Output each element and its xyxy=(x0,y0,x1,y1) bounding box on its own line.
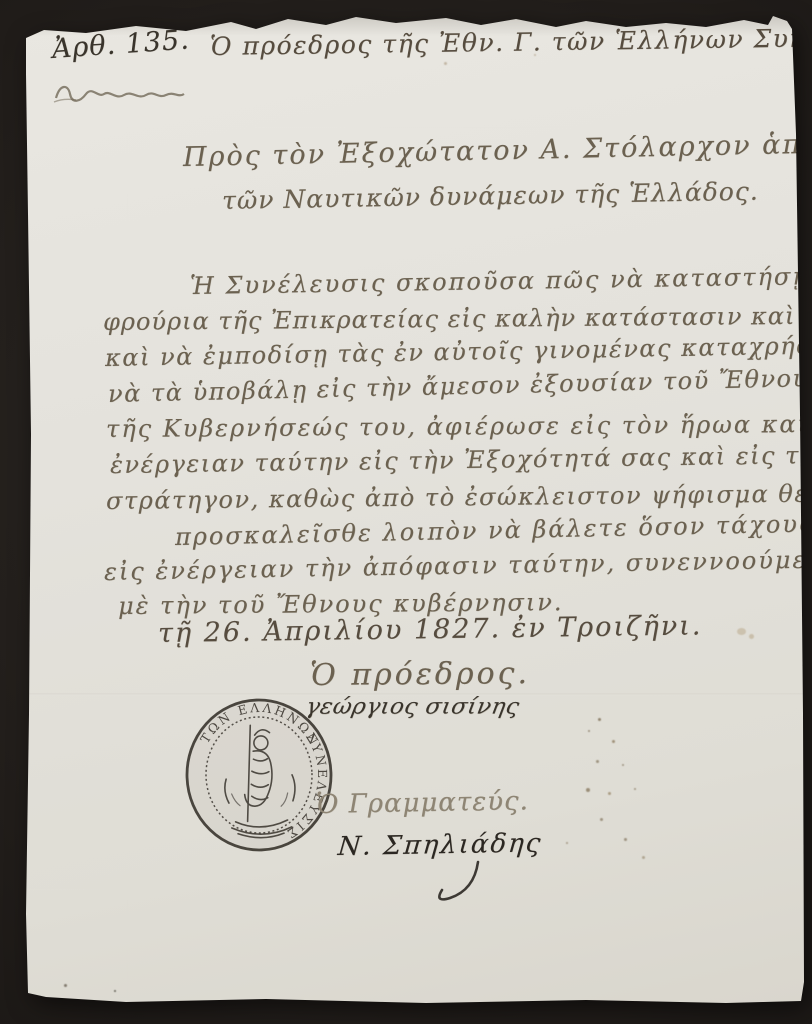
fox-stain xyxy=(624,838,627,841)
fox-stain xyxy=(598,718,601,721)
fox-stain xyxy=(612,740,615,743)
body-line-5: τῆς Κυβερνήσεώς του, ἀφιέρωσε εἰς τὸν ἥρ… xyxy=(106,410,812,443)
body-line-1: Ἡ Συνέλευσις σκοποῦσα πῶς νὰ καταστήσῃ τ… xyxy=(190,262,812,300)
fox-stain xyxy=(566,842,568,844)
president-title: Ὁ πρόεδρος. xyxy=(310,656,530,693)
body-line-7: στράτηγον, καθὼς ἀπὸ τὸ ἐσώκλειστον ψήφι… xyxy=(106,479,812,515)
fox-stain xyxy=(749,634,754,639)
body-line-6: ἐνέργειαν ταύτην εἰς τὴν Ἐξοχότητά σας κ… xyxy=(110,440,812,479)
address-line-2: τῶν Ναυτικῶν δυνάμεων τῆς Ἑλλάδος. xyxy=(222,177,759,215)
signature-flourish-icon xyxy=(386,860,496,908)
fox-stain xyxy=(444,62,447,65)
fox-stain xyxy=(64,984,67,987)
secretary-title: Ὁ Γραμματεύς. xyxy=(316,786,529,820)
president-signature: γεώργιος σισίνης xyxy=(304,695,522,720)
fox-stain xyxy=(642,856,645,859)
body-line-8: προσκαλεῖσθε λοιπὸν νὰ βάλετε ὅσον τάχου… xyxy=(175,510,812,551)
fox-stain xyxy=(596,760,599,763)
fox-stain xyxy=(737,628,746,635)
header-line: Ὁ πρόεδρος τῆς Ἐθν. Γ. τῶν Ἑλλήνων Συνελ… xyxy=(210,22,812,61)
document-paper: Ἀρθ. 135. Ὁ πρόεδρος τῆς Ἐθν. Γ. τῶν Ἑλλ… xyxy=(26,14,804,1004)
secretary-signature: Ν. Σπηλιάδης xyxy=(337,828,544,862)
fox-stain xyxy=(634,788,636,790)
fox-stain xyxy=(114,990,116,992)
fox-stain xyxy=(622,764,624,766)
fox-stain xyxy=(586,788,590,792)
fox-stain xyxy=(588,730,590,732)
archive-photo-background: Ἀρθ. 135. Ὁ πρόεδρος τῆς Ἐθν. Γ. τῶν Ἑλλ… xyxy=(0,0,812,1024)
date-line: τῇ 26. Ἀπριλίου 1827. ἐν Τροιζῆνι. xyxy=(158,610,703,649)
fox-stain xyxy=(600,818,603,821)
body-line-9: εἰς ἐνέργειαν τὴν ἀπόφασιν ταύτην, συνεν… xyxy=(104,545,812,586)
address-line-1: Πρὸς τὸν Ἐξοχώτατον Α. Στόλαρχον ἁπασῶν xyxy=(183,127,812,173)
assembly-seal: ΤΩΝ ΕΛΛΗΝΩΝ ΣΥΝΕΛΕΥΣΙΣ xyxy=(180,695,337,854)
doc-number: Ἀρθ. 135. xyxy=(51,24,191,65)
fox-stain xyxy=(608,792,611,795)
body-line-2: φρούρια τῆς Ἐπικρατείας εἰς καλὴν κατάστ… xyxy=(103,301,812,336)
pen-flourish-icon xyxy=(52,80,202,106)
